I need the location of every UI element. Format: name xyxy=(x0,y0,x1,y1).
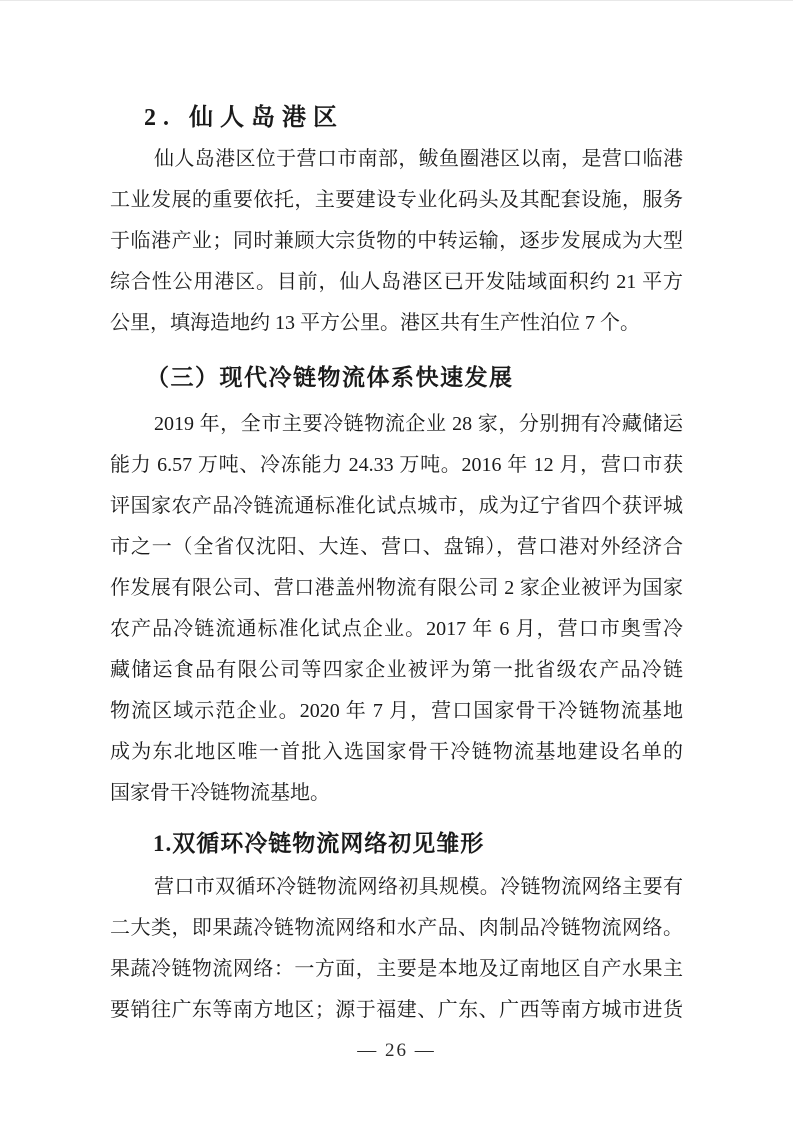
text-line: 工业发展的重要依托，主要建设专业化码头及其配套设施，服务 xyxy=(110,180,683,221)
text-line: 物流区域示范企业。2020 年 7 月，营口国家骨干冷链物流基地 xyxy=(110,691,683,732)
paragraph-network-scale: 营口市双循环冷链物流网络初具规模。冷链物流网络主要有 二大类，即果蔬冷链物流网络… xyxy=(110,867,683,1031)
text-line: 果蔬冷链物流网络：一方面，主要是本地及辽南地区自产水果主 xyxy=(110,949,683,990)
text-line: 公里，填海造地约 13 平方公里。港区共有生产性泊位 7 个。 xyxy=(110,303,683,344)
text-line: 二大类，即果蔬冷链物流网络和水产品、肉制品冷链物流网络。 xyxy=(110,908,683,949)
paragraph-cold-chain-overview: 2019 年，全市主要冷链物流企业 28 家，分别拥有冷藏储运 能力 6.57 … xyxy=(110,404,683,814)
text-line: 国家骨干冷链物流基地。 xyxy=(110,773,683,814)
page-number: — 26 — xyxy=(0,1039,793,1063)
text-line: 2019 年，全市主要冷链物流企业 28 家，分别拥有冷藏储运 xyxy=(110,404,683,445)
text-line: 能力 6.57 万吨、冷冻能力 24.33 万吨。2016 年 12 月，营口市… xyxy=(110,445,683,486)
text-line: 综合性公用港区。目前，仙人岛港区已开发陆域面积约 21 平方 xyxy=(110,262,683,303)
heading-xianrendao-port-area: 2. 仙人岛港区 xyxy=(110,98,683,139)
text-line: 营口市双循环冷链物流网络初具规模。冷链物流网络主要有 xyxy=(110,867,683,908)
text-line: 农产品冷链流通标准化试点企业。2017 年 6 月，营口市奥雪冷 xyxy=(110,609,683,650)
text-line: 成为东北地区唯一首批入选国家骨干冷链物流基地建设名单的 xyxy=(110,732,683,773)
document-page: 2. 仙人岛港区 仙人岛港区位于营口市南部，鲅鱼圈港区以南，是营口临港 工业发展… xyxy=(0,0,793,1122)
heading-cold-chain-logistics-section: （三）现代冷链物流体系快速发展 xyxy=(110,357,683,398)
text-line: 藏储运食品有限公司等四家企业被评为第一批省级农产品冷链 xyxy=(110,650,683,691)
heading-dual-circulation-network: 1.双循环冷链物流网络初见雏形 xyxy=(110,823,683,864)
paragraph-xianrendao: 仙人岛港区位于营口市南部，鲅鱼圈港区以南，是营口临港 工业发展的重要依托，主要建… xyxy=(110,139,683,344)
text-line: 要销往广东等南方地区；源于福建、广东、广西等南方城市进货 xyxy=(110,990,683,1031)
page-content: 2. 仙人岛港区 仙人岛港区位于营口市南部，鲅鱼圈港区以南，是营口临港 工业发展… xyxy=(110,98,683,1031)
text-line: 评国家农产品冷链流通标准化试点城市，成为辽宁省四个获评城 xyxy=(110,486,683,527)
text-line: 作发展有限公司、营口港盖州物流有限公司 2 家企业被评为国家 xyxy=(110,568,683,609)
text-line: 仙人岛港区位于营口市南部，鲅鱼圈港区以南，是营口临港 xyxy=(110,139,683,180)
text-line: 于临港产业；同时兼顾大宗货物的中转运输，逐步发展成为大型 xyxy=(110,221,683,262)
text-line: 市之一（全省仅沈阳、大连、营口、盘锦），营口港对外经济合 xyxy=(110,527,683,568)
